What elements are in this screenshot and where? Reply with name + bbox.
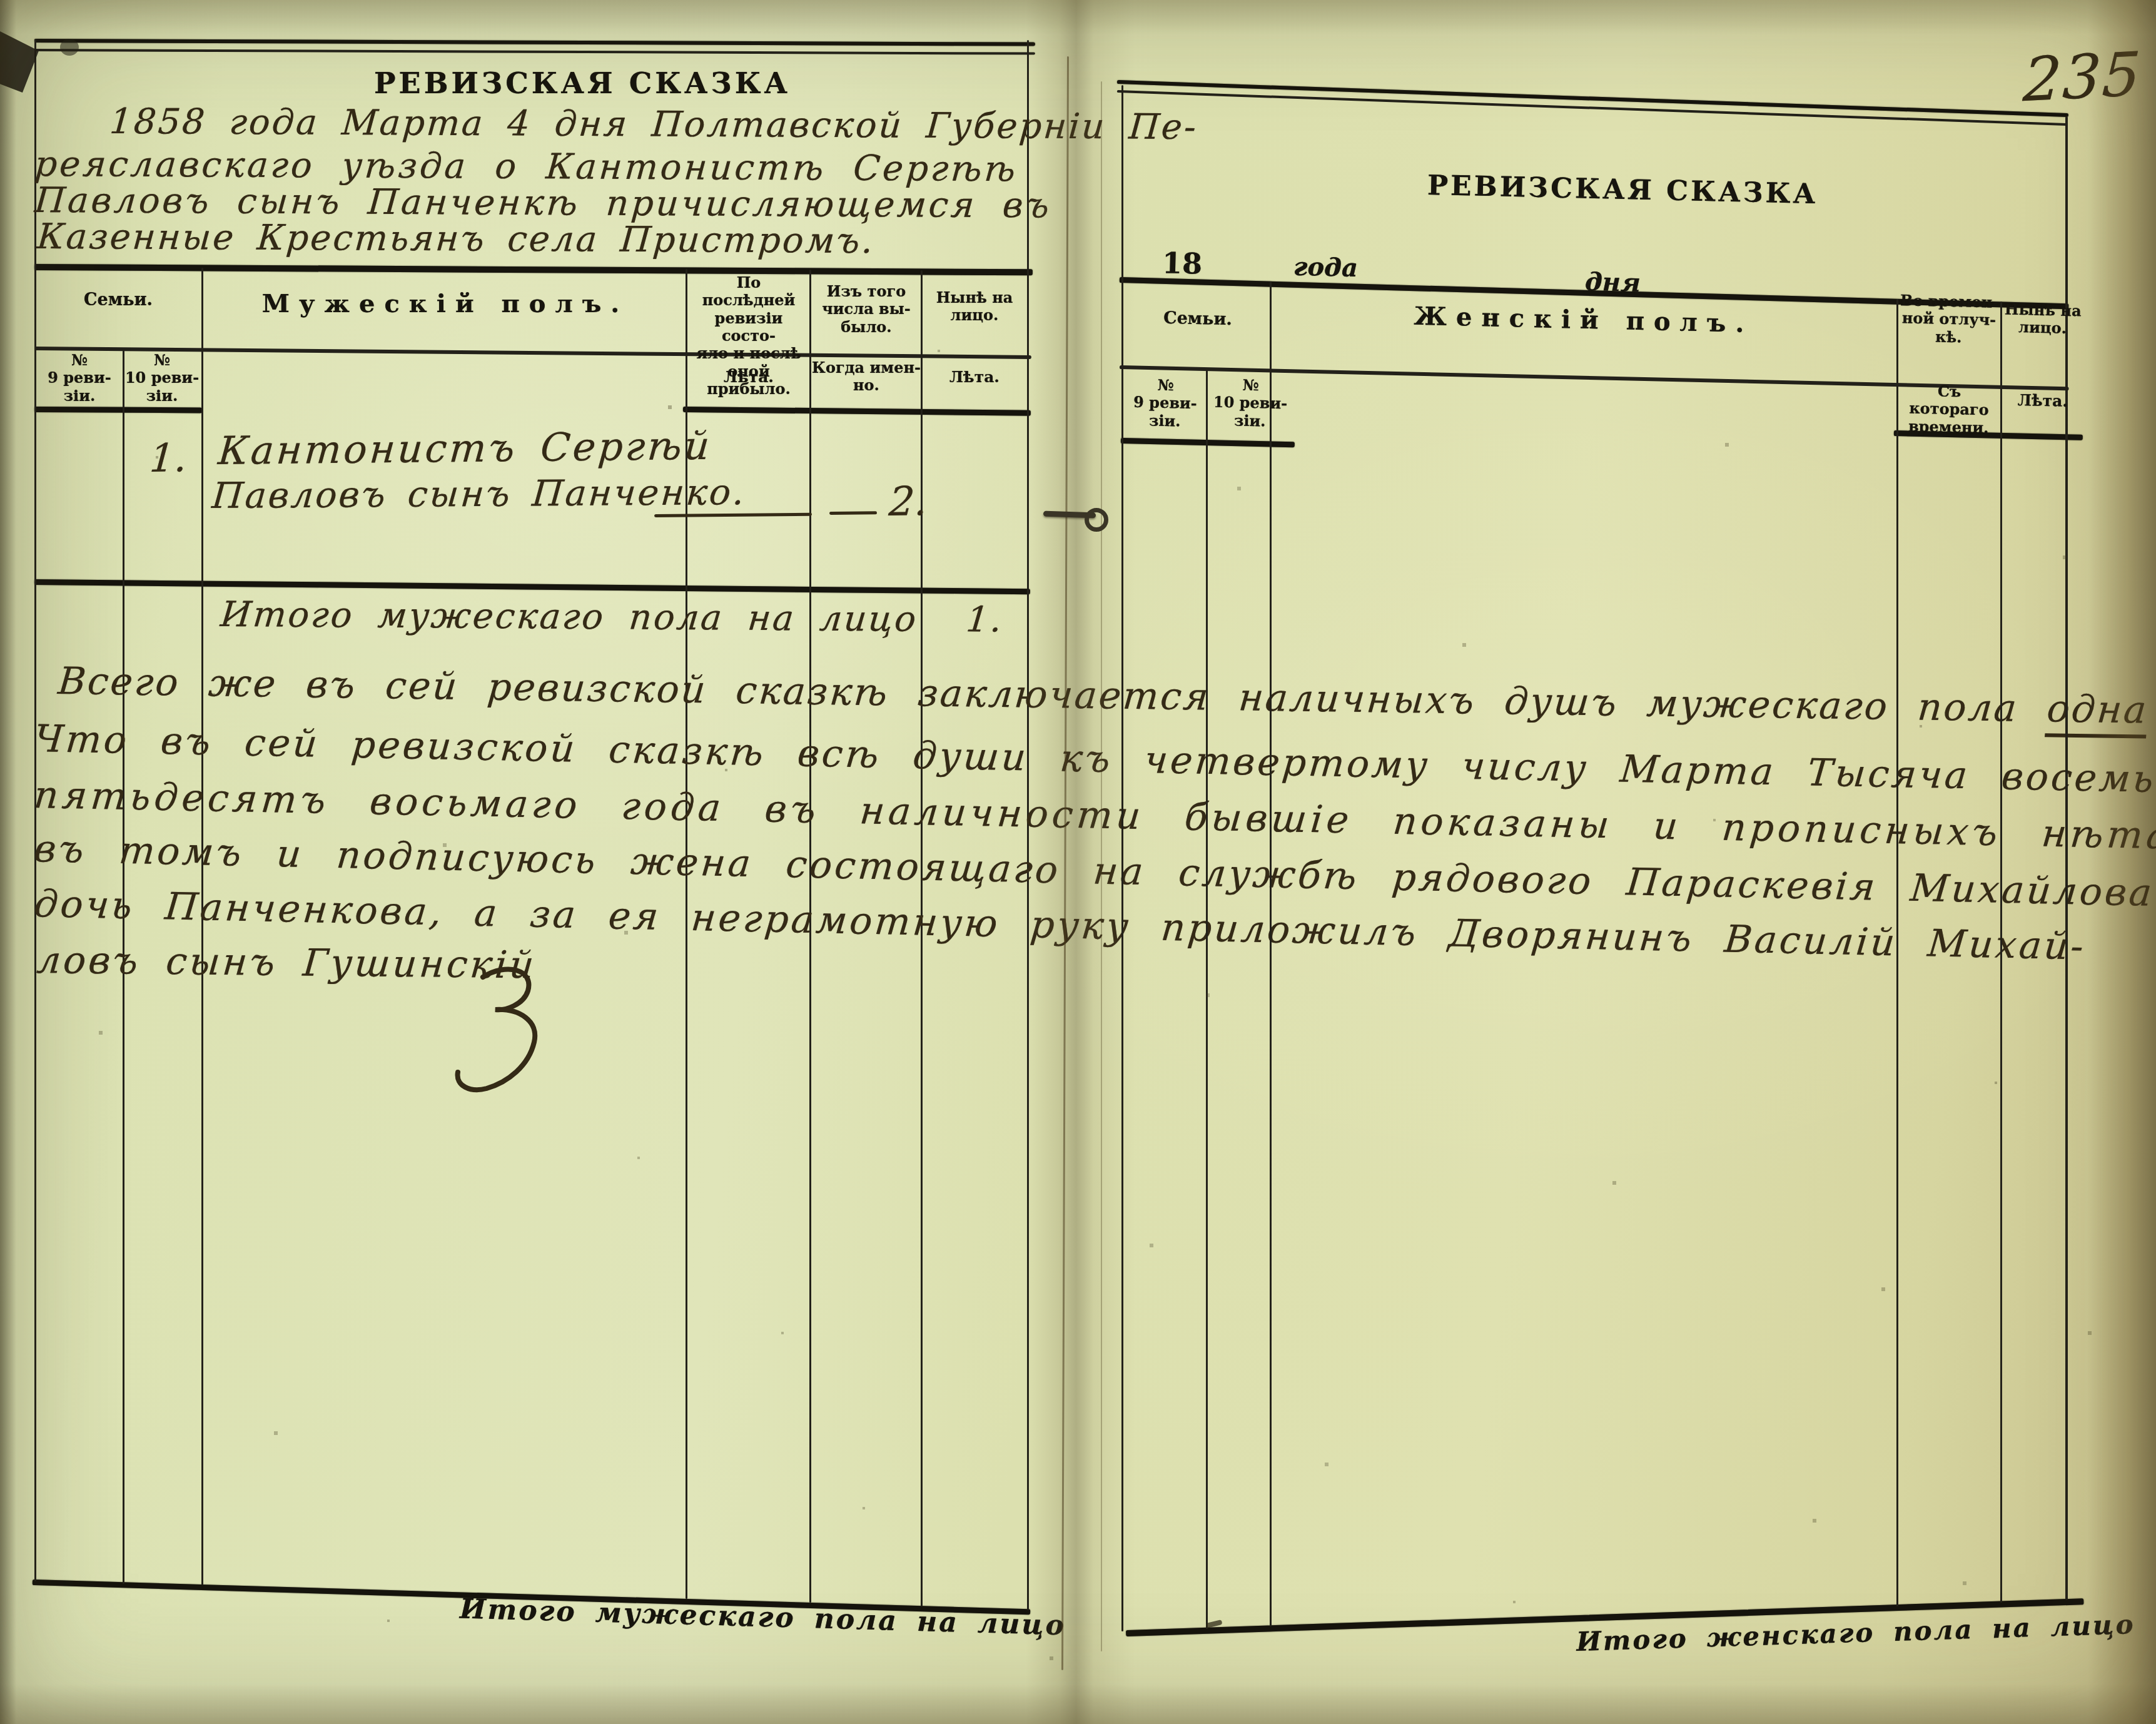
grid-line [2065, 116, 2068, 1600]
entry-name-line: Кантонистъ Сергѣй [216, 423, 714, 474]
year-prefix: 18 [1162, 246, 1202, 280]
grid-line [34, 407, 202, 413]
grid-line [34, 264, 1033, 275]
grid-line [683, 407, 1031, 416]
ink-blot [60, 39, 79, 56]
handwritten-header-line: 1858 года Марта 4 дня Полтавской Губерні… [108, 101, 1199, 148]
entry-dash [654, 513, 812, 517]
grid-line [1121, 85, 1123, 1631]
grid-line [1270, 281, 1272, 1626]
photo-edge-shadow [0, 0, 16, 1724]
attestation-line: Всего же въ сей ревизской сказкѣ заключа… [56, 659, 2150, 733]
attestation-underlined-word: одна [2045, 687, 2150, 738]
column-header-family: Семьи. [1126, 307, 1270, 330]
column-header-absence: Во времен- ной отлуч- кѣ. [1898, 292, 2000, 347]
subcolumn-header-since: Съ котораго времени. [1898, 382, 2000, 437]
grid-line [34, 49, 1035, 55]
column-header-female-sex: Женскій полъ. [1272, 298, 1896, 342]
fold-crease-line [1101, 81, 1102, 1651]
column-header-present: Нынѣ на лицо. [2002, 301, 2083, 338]
page-title: РЕВИЗСКАЯ СКАЗКА [374, 66, 791, 100]
subtotal-line: Итого мужескаго пола на лицо 1. [219, 594, 1006, 641]
entry-family-number: 1. [148, 435, 188, 481]
grid-line [1117, 80, 2068, 117]
column-header-male-sex: Мужескій полъ. [206, 289, 684, 318]
page-title: РЕВИЗСКАЯ СКАЗКА [1427, 170, 1819, 210]
subcolumn-header-revision10: № 10 реви- зіи. [1207, 375, 1294, 430]
grid-line [2000, 302, 2002, 1603]
photo-edge-shadow [0, 1684, 2156, 1724]
column-header-present: Нынѣ на лицо. [923, 289, 1026, 325]
day-word: дня [1584, 267, 1641, 298]
page-footer-male-total: Итого мужескаго пола на лицо [459, 1593, 1066, 1641]
entry-age-value: 2. [888, 479, 929, 525]
grid-line [1896, 299, 1898, 1606]
subcolumn-header-revision9: № 9 реви- зіи. [1124, 376, 1207, 431]
photo-edge-shadow [0, 0, 2156, 34]
signature-flourish [439, 963, 570, 1107]
staple-head [1085, 508, 1108, 532]
entry-dash [829, 511, 877, 515]
subcolumn-header-revision10: № 10 реви- зіи. [123, 352, 201, 405]
handwritten-header-line: Казенные Крестьянъ села Пристромъ. [36, 216, 876, 261]
page-number: 235 [2022, 39, 2143, 115]
entry-name-line: Павловъ сынъ Панченко. [211, 472, 748, 517]
year-word: года [1293, 252, 1358, 283]
paper-speckles [538, 294, 539, 295]
subcolumn-header-years: Лѣта. [923, 368, 1026, 387]
column-header-family: Семьи. [36, 290, 200, 310]
photo-edge-shadow [2088, 0, 2156, 1724]
column-header-departed: Изъ того числа вы- было. [812, 283, 921, 336]
corner-mark [0, 31, 39, 93]
subcolumn-header-years: Лѣта. [688, 368, 809, 387]
subcolumn-header-when: Когда имен- но. [812, 359, 921, 395]
attestation-text: Всего же въ сей ревизской сказкѣ заключа… [56, 659, 2049, 731]
grid-line [34, 579, 1030, 594]
revision-list-scan: РЕВИЗСКАЯ СКАЗКА 1858 года Марта 4 дня П… [0, 0, 2156, 1724]
grid-line [34, 39, 1035, 46]
grid-line [1206, 369, 1208, 1629]
subcolumn-header-years: Лѣта. [2003, 391, 2083, 411]
subcolumn-header-revision9: № 9 реви- зіи. [36, 352, 123, 405]
